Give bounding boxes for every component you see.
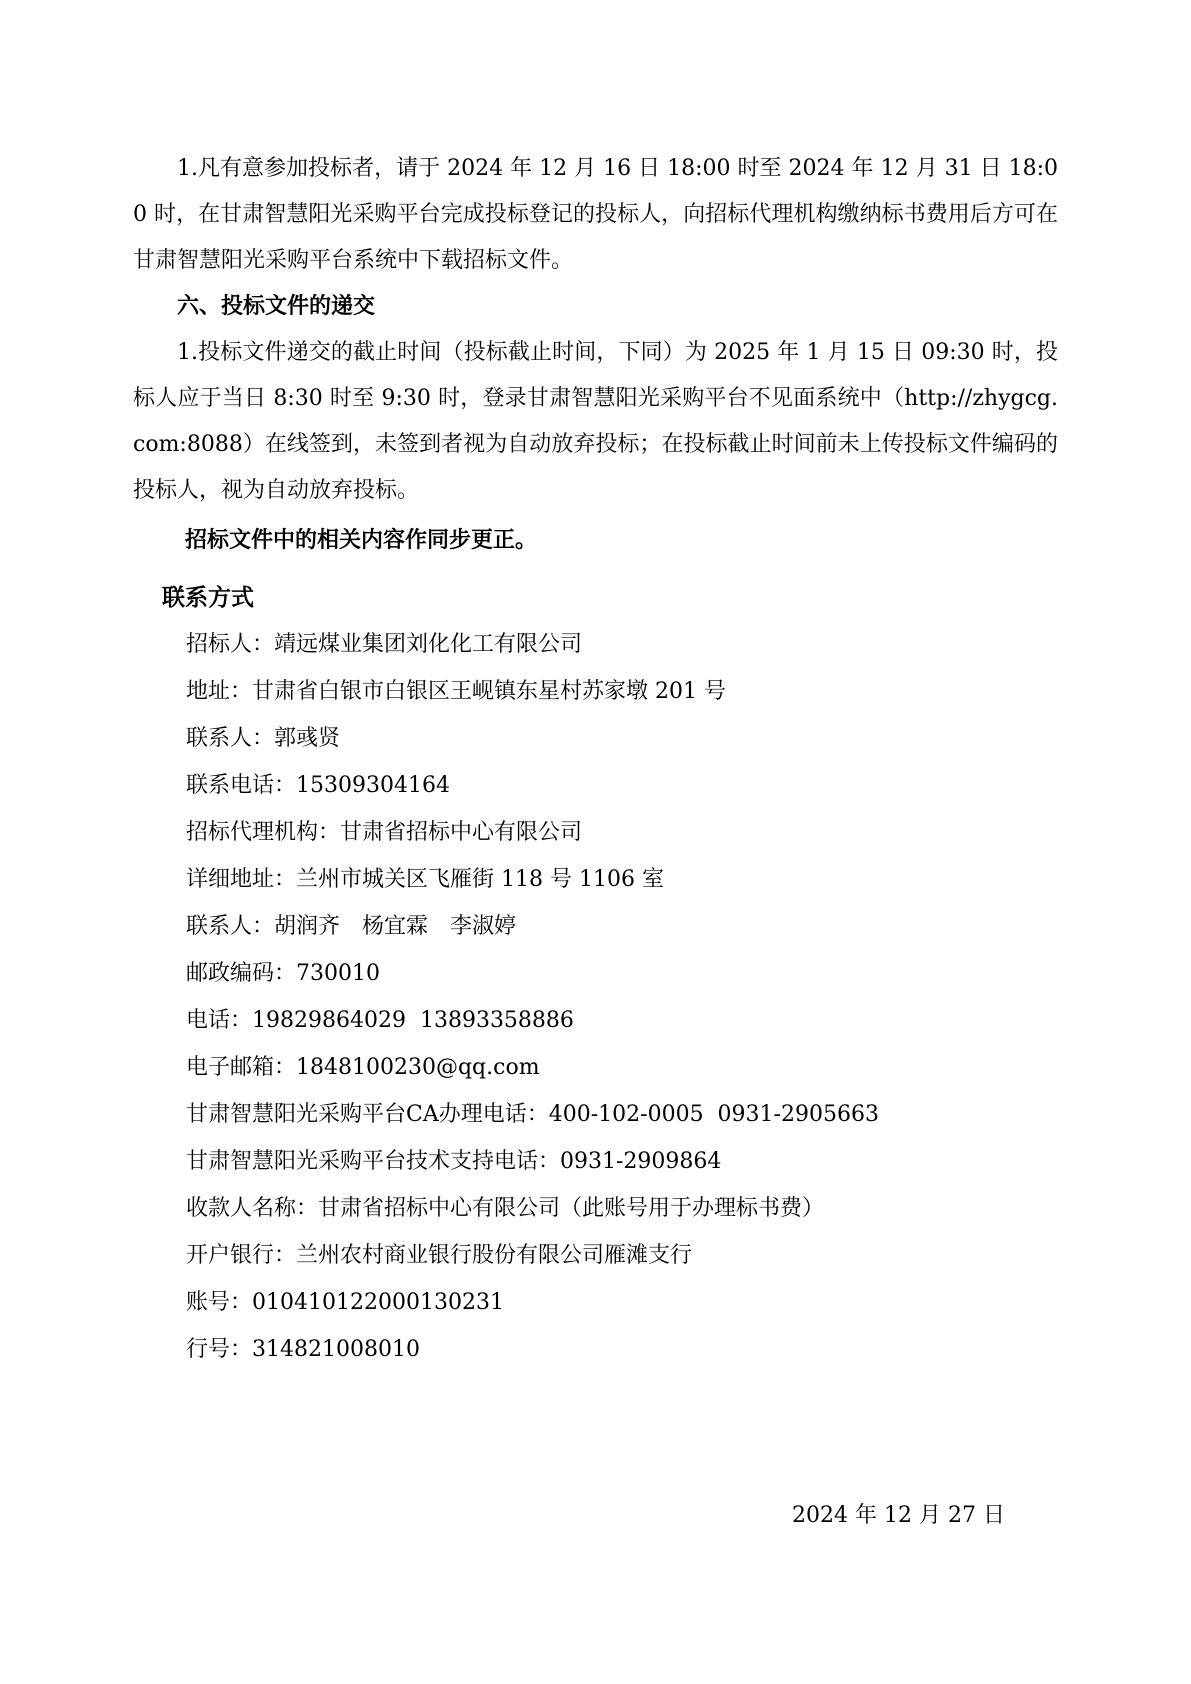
contact-line-address: 地址：甘肃省白银市白银区王岘镇东星村苏家墩 201 号 [186, 668, 1058, 715]
contact-line-account-number: 账号：010410122000130231 [186, 1279, 1058, 1326]
contact-line-ca-phone: 甘肃智慧阳光采购平台CA办理电话：400-102-0005 0931-29056… [186, 1091, 1058, 1138]
paragraph-bid-registration: 1.凡有意参加投标者，请于 2024 年 12 月 16 日 18:00 时至 … [133, 146, 1058, 284]
contact-line-email: 电子邮箱：1848100230@qq.com [186, 1044, 1058, 1091]
contact-section-heading: 联系方式 [133, 575, 1058, 621]
contact-line-postcode: 邮政编码：730010 [186, 950, 1058, 997]
contact-line-support-phone: 甘肃智慧阳光采购平台技术支持电话：0931-2909864 [186, 1138, 1058, 1185]
contact-line-agency: 招标代理机构：甘肃省招标中心有限公司 [186, 809, 1058, 856]
document-page: 1.凡有意参加投标者，请于 2024 年 12 月 16 日 18:00 时至 … [0, 0, 1191, 1684]
contact-line-agency-persons: 联系人：胡润齐 杨宜霖 李淑婷 [186, 903, 1058, 950]
correction-note: 招标文件中的相关内容作同步更正。 [133, 518, 1058, 564]
contact-line-tenderer: 招标人：靖远煤业集团刘化化工有限公司 [186, 621, 1058, 668]
contact-line-contact-person: 联系人：郭彧贤 [186, 715, 1058, 762]
contact-line-phones: 电话：19829864029 13893358886 [186, 997, 1058, 1044]
contact-line-bank-number: 行号：314821008010 [186, 1326, 1058, 1373]
contact-line-contact-phone: 联系电话：15309304164 [186, 762, 1058, 809]
section-heading-submission: 六、投标文件的递交 [133, 284, 1058, 330]
contact-line-agency-address: 详细地址：兰州市城关区飞雁街 118 号 1106 室 [186, 856, 1058, 903]
paragraph-submission-deadline: 1.投标文件递交的截止时间（投标截止时间，下同）为 2025 年 1 月 15 … [133, 330, 1058, 514]
contact-list: 招标人：靖远煤业集团刘化化工有限公司 地址：甘肃省白银市白银区王岘镇东星村苏家墩… [133, 621, 1058, 1373]
document-date: 2024 年 12 月 27 日 [133, 1493, 1058, 1539]
contact-line-payee-name: 收款人名称：甘肃省招标中心有限公司（此账号用于办理标书费） [186, 1185, 1058, 1232]
contact-line-bank: 开户银行：兰州农村商业银行股份有限公司雁滩支行 [186, 1232, 1058, 1279]
